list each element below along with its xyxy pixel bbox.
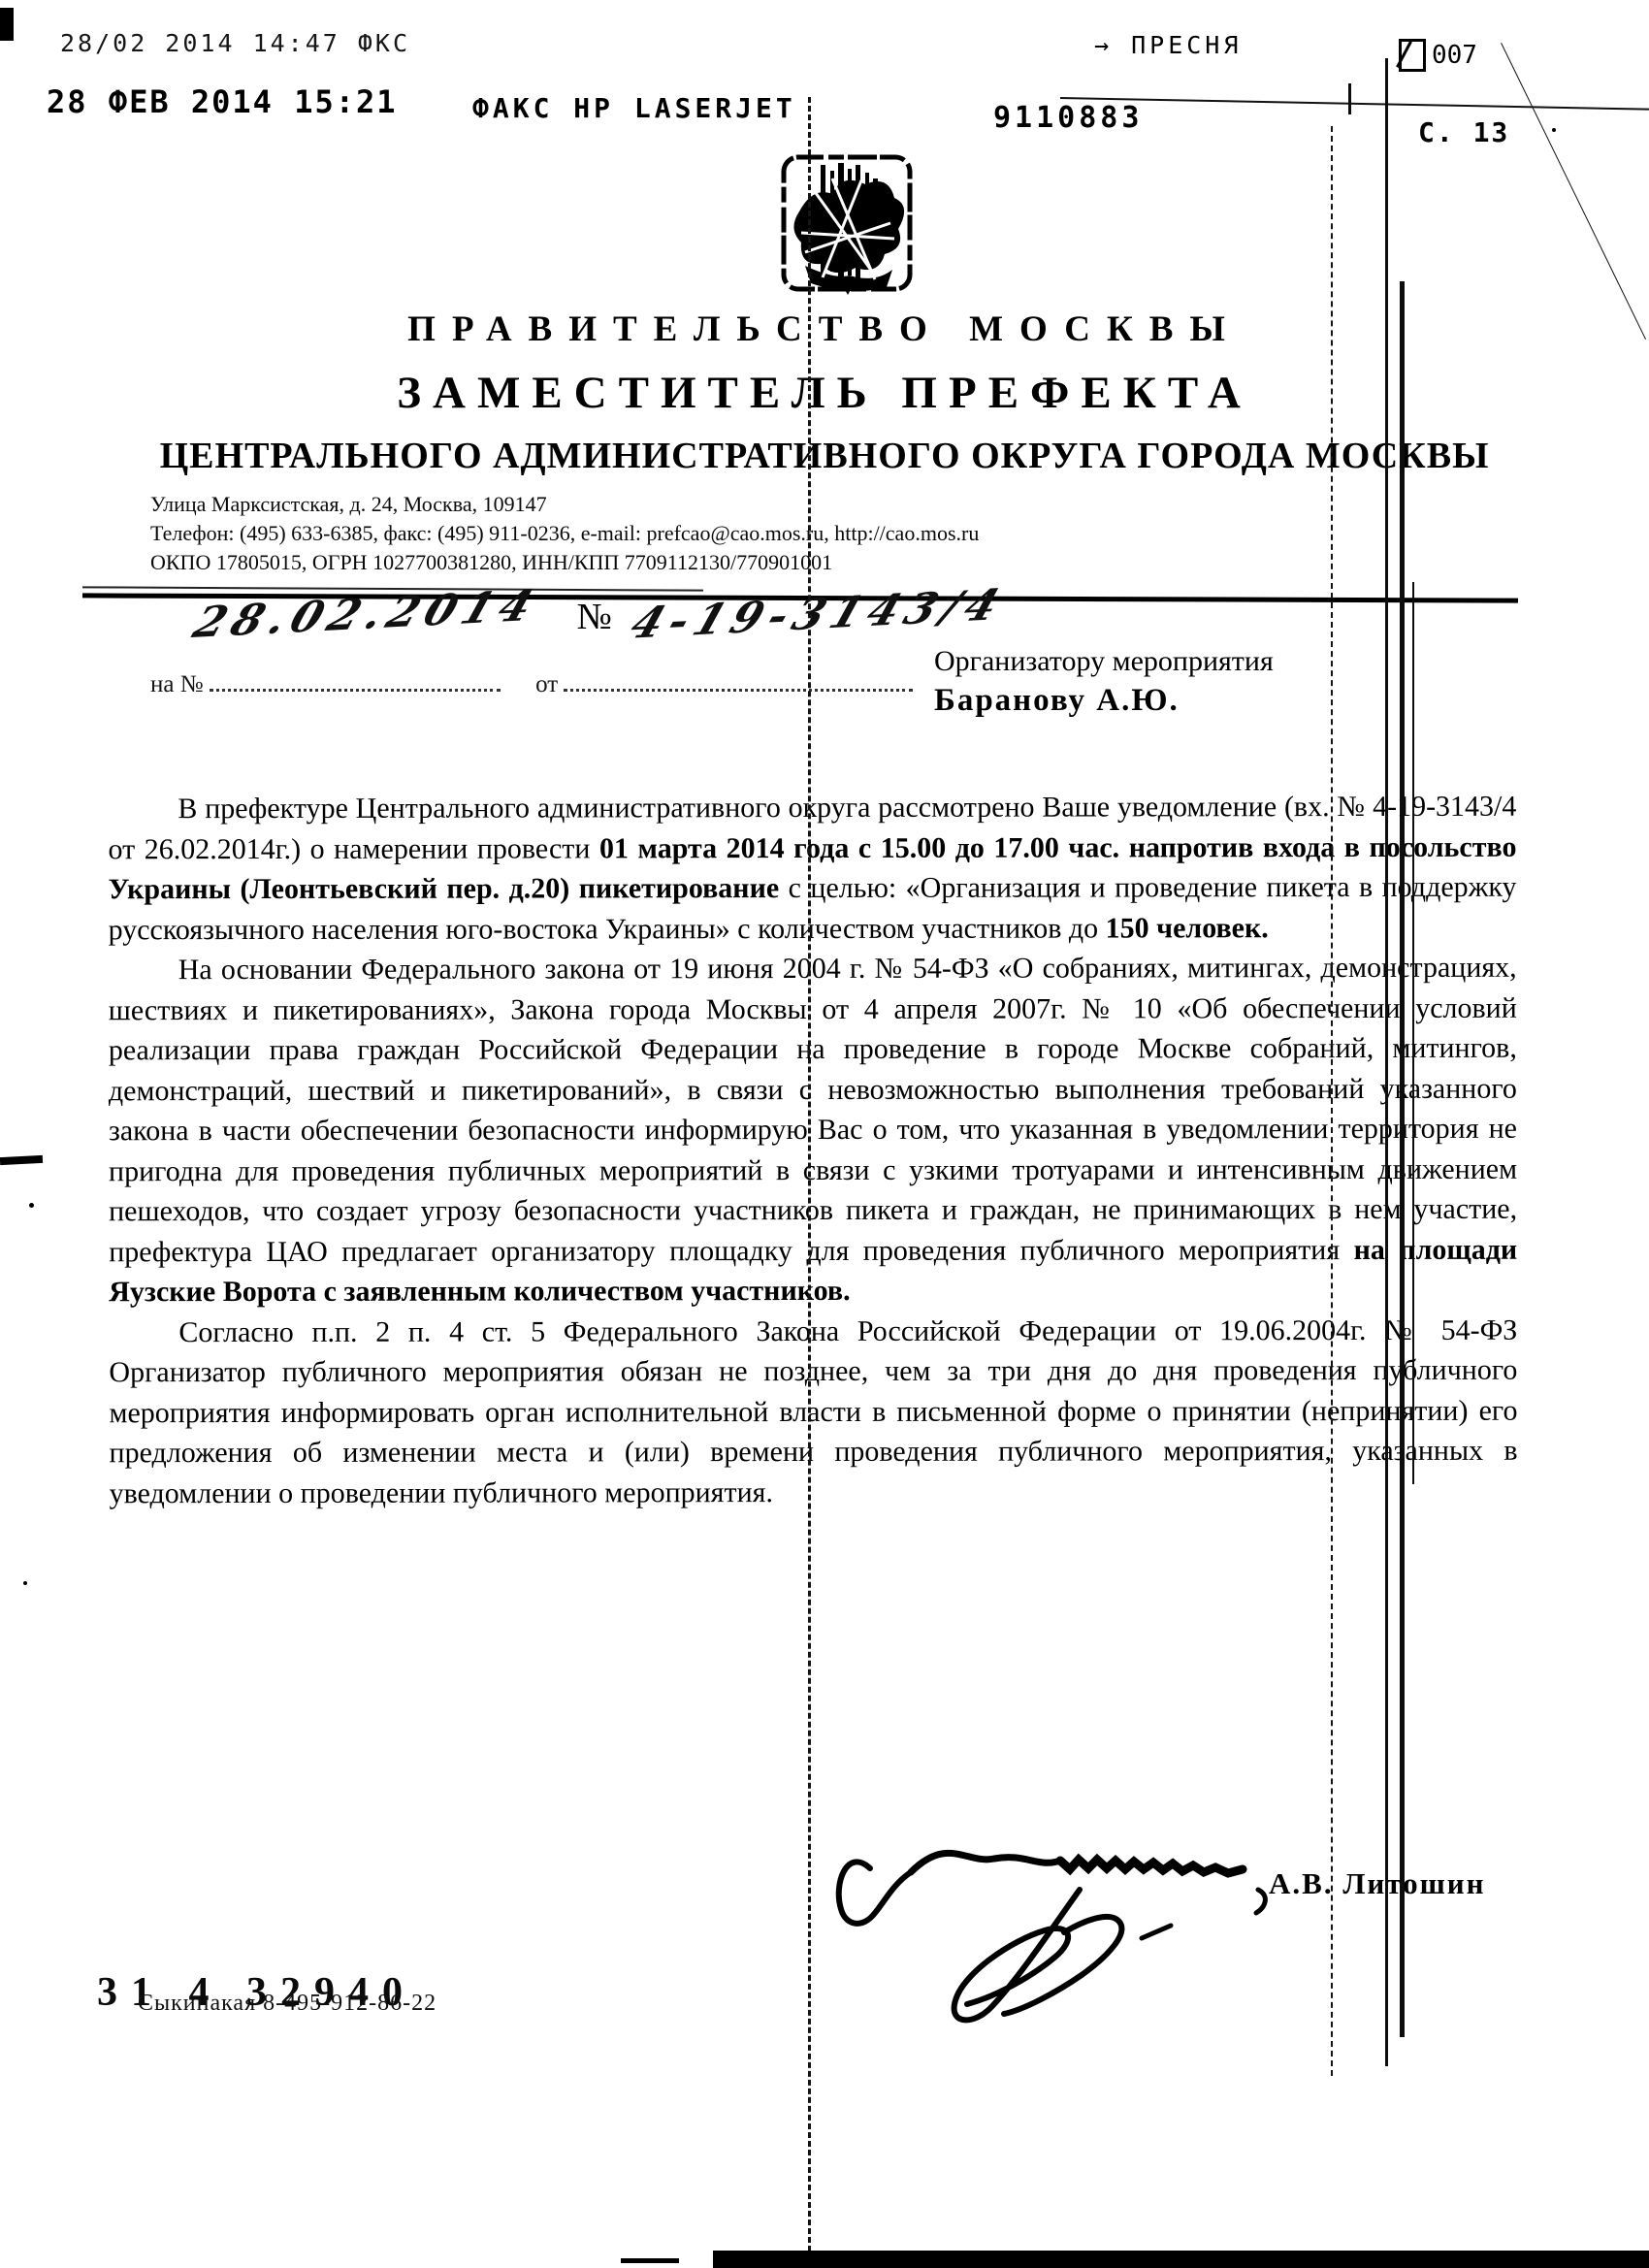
scan-bottom-dash bbox=[621, 2258, 679, 2263]
handwritten-number: 4-19-3143/4 bbox=[624, 580, 1012, 649]
letterhead-codes: ОКПО 17805015, ОГРН 1027700381280, ИНН/К… bbox=[150, 548, 979, 577]
incoming-reference-line: на № от bbox=[150, 665, 913, 698]
page-icon bbox=[1399, 39, 1426, 72]
scanned-fax-letter: 28/02 2014 14:47 ФКС → ПРЕСНЯ 007 28 ФЕВ… bbox=[0, 0, 1649, 2268]
outgoing-reference-line: 28.02.2014№4-19-3143/4 bbox=[199, 590, 999, 639]
scan-left-margin-dash bbox=[0, 1155, 43, 1165]
handwritten-date: 28.02.2014 bbox=[187, 581, 546, 648]
letter-body: В префектуре Центрального административн… bbox=[108, 787, 1517, 1514]
from-label: от bbox=[535, 671, 558, 697]
scan-corner-mark bbox=[0, 8, 14, 41]
paragraph-2: На основании Федерального закона от 19 и… bbox=[109, 948, 1518, 1312]
scan-vertical-line-1 bbox=[1385, 58, 1388, 2066]
signature-scribble bbox=[820, 1775, 1363, 2052]
scan-vertical-dashed-line-right bbox=[1331, 126, 1333, 2076]
scan-tick-mark bbox=[1348, 83, 1351, 114]
fax-destination: → ПРЕСНЯ bbox=[1094, 31, 1242, 59]
on-number-label: на № bbox=[150, 671, 204, 697]
on-number-blank bbox=[210, 665, 501, 692]
fax-sheet-number: С. 13 bbox=[1418, 116, 1509, 148]
addressee-role: Организатору мероприятия bbox=[934, 642, 1274, 681]
scan-speck-2 bbox=[23, 1581, 27, 1585]
scan-horizontal-line-top bbox=[1060, 97, 1649, 111]
signatory-name: А.В. Литошин bbox=[1269, 1866, 1486, 1901]
fax-device-name: ФАКС HP LASERJET bbox=[472, 92, 796, 124]
fax-number: 9110883 bbox=[993, 101, 1143, 135]
fax-page-number: 007 bbox=[1432, 41, 1477, 70]
paragraph-1: В префектуре Центрального административн… bbox=[108, 787, 1516, 951]
scan-speck-1 bbox=[29, 1203, 34, 1208]
letterhead-contact-block: Улица Марксистская, д. 24, Москва, 10914… bbox=[150, 490, 979, 577]
number-sign: № bbox=[577, 597, 619, 637]
letterhead-contacts: Телефон: (495) 633-6385, факс: (495) 911… bbox=[150, 519, 979, 548]
fax-timestamp-line2: 28 ФЕВ 2014 15:21 bbox=[47, 83, 398, 120]
fax-timestamp-line1: 28/02 2014 14:47 ФКС bbox=[60, 29, 410, 57]
paragraph-3: Согласно п.п. 2 п. 4 ст. 5 Федерального … bbox=[109, 1310, 1517, 1513]
addressee-block: Организатору мероприятия Баранову А.Ю. bbox=[934, 642, 1274, 721]
from-date-blank bbox=[564, 665, 913, 692]
scan-diagonal-line bbox=[1501, 43, 1646, 340]
letterhead-address: Улица Марксистская, д. 24, Москва, 10914… bbox=[150, 490, 979, 519]
scan-bottom-bar bbox=[713, 2251, 1649, 2268]
executor-contact: Сыкинакая 8-495-912-86-22 bbox=[138, 1991, 436, 2017]
scan-vertical-line-3 bbox=[1412, 582, 1414, 1484]
addressee-name: Баранову А.Ю. bbox=[934, 683, 1180, 718]
scan-vertical-dashed-line-center bbox=[808, 97, 811, 2260]
scan-vertical-line-2 bbox=[1400, 281, 1405, 2037]
scan-speck-3 bbox=[1552, 128, 1556, 132]
fax-page-counter: 007 bbox=[1399, 39, 1477, 72]
moscow-coat-of-arms-icon bbox=[776, 151, 921, 307]
